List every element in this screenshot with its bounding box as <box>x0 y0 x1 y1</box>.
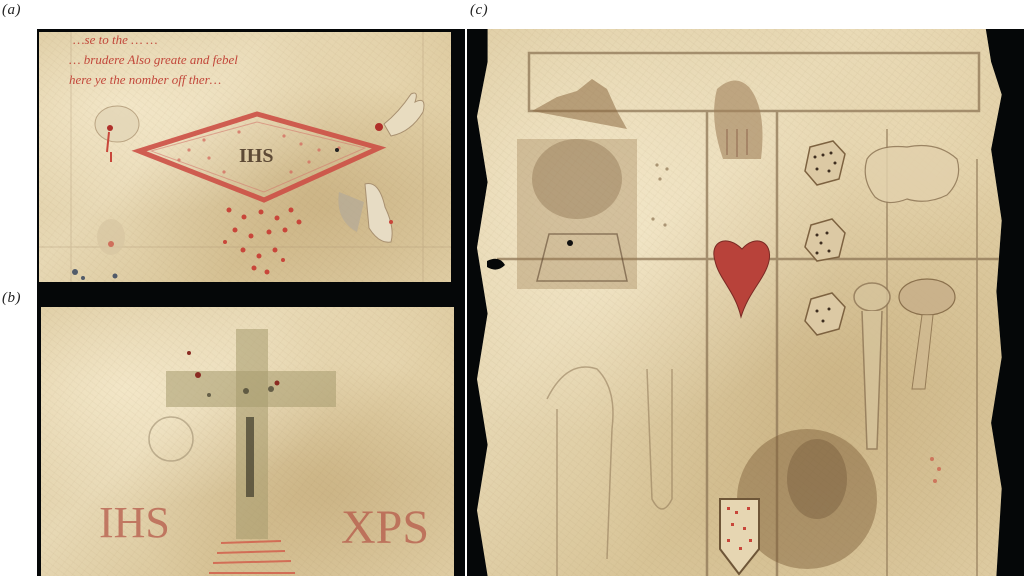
panel-a-parchment: …se to the … … … brudere Also greate and… <box>39 32 451 282</box>
red-heart-icon <box>714 241 770 317</box>
panel-a-image: …se to the … … … brudere Also greate and… <box>37 29 465 287</box>
panel-label-b: (b) <box>2 290 21 307</box>
inscription-line-2: … brudere Also greate and febel <box>69 52 238 67</box>
lantern-icon <box>854 283 890 449</box>
inscription-line-1: …se to the … … <box>73 32 158 47</box>
dice-icon <box>805 141 845 335</box>
ihs-monogram: IHS <box>239 145 273 167</box>
pierced-foot-icon <box>97 219 125 255</box>
panel-a-drawing: …se to the … … … brudere Also greate and… <box>39 32 451 282</box>
panel-b-parchment: IHS XPS <box>41 307 454 576</box>
red-hatching-icon <box>209 541 295 573</box>
panel-c-parchment <box>477 29 1007 576</box>
inscription-line-3: here ye the nomber off ther… <box>69 72 221 87</box>
blood-drops-icon <box>223 208 302 275</box>
pierced-feet-icon <box>338 183 393 242</box>
mushroom-lamp-icon <box>899 279 955 389</box>
panel-c-image <box>467 29 1024 576</box>
heraldic-shield-icon <box>720 499 759 574</box>
xps-monogram-right: XPS <box>341 501 429 554</box>
eagle-icon <box>714 80 762 159</box>
ihs-monogram-left: IHS <box>99 498 170 547</box>
cross-icon <box>166 329 336 539</box>
pierced-hand-right-icon <box>375 93 424 136</box>
panel-c-drawing <box>477 29 1007 576</box>
pierced-hand-icon <box>865 146 958 203</box>
bearded-head-portrait-icon <box>487 79 637 289</box>
panel-b-drawing: IHS XPS <box>41 307 454 576</box>
pierced-hand-left-icon <box>95 106 139 162</box>
panel-label-c: (c) <box>470 2 488 19</box>
panel-label-a: (a) <box>2 2 21 19</box>
panel-b-image: IHS XPS <box>37 287 465 576</box>
